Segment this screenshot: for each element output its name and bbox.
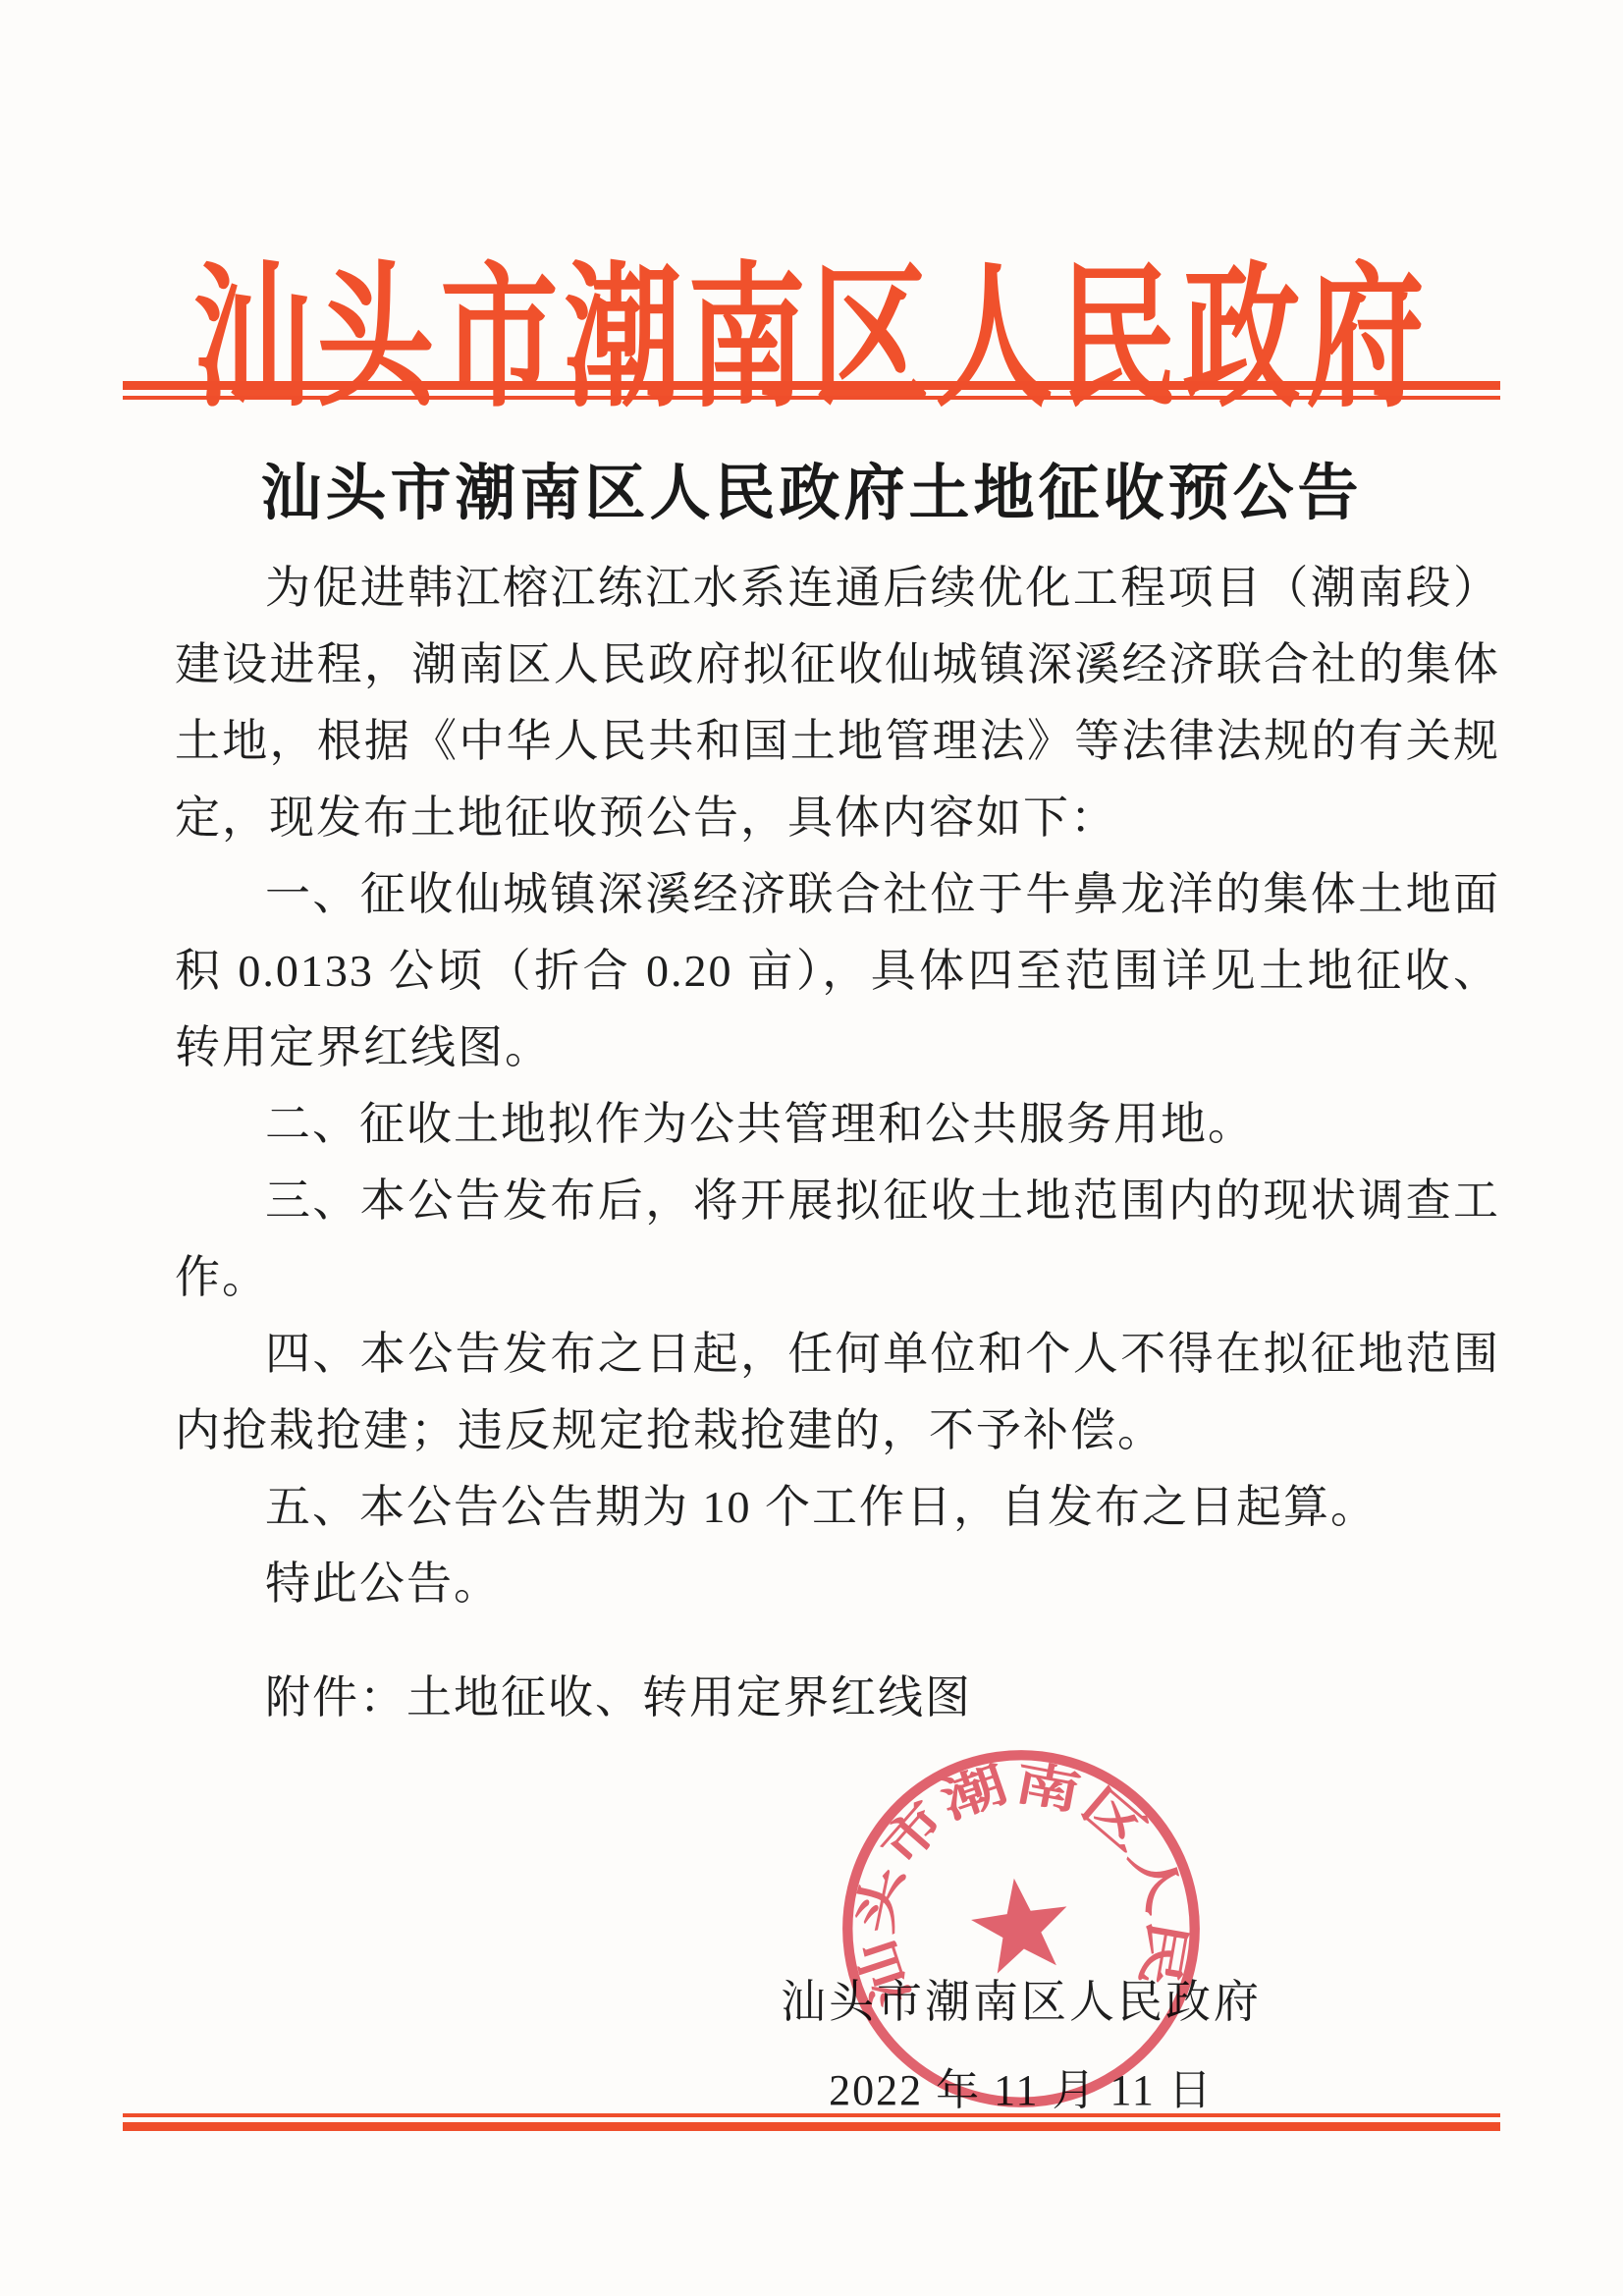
paragraph-item-4: 四、本公告发布之日起，任何单位和个人不得在拟征地范围内抢栽抢建；违反规定抢栽抢建…: [175, 1316, 1500, 1469]
rule-thick-line: [123, 2122, 1500, 2131]
rule-thin-line: [123, 396, 1500, 400]
document-title: 汕头市潮南区人民政府土地征收预公告: [0, 444, 1623, 531]
rule-thick-line: [123, 381, 1500, 390]
paragraph-item-5: 五、本公告公告期为 10 个工作日，自发布之日起算。: [175, 1469, 1500, 1546]
rule-thin-line: [123, 2113, 1500, 2117]
footer-double-rule: [123, 2113, 1500, 2131]
seal-text: 汕头市潮南区人民政府: [813, 1721, 1205, 2043]
attachment-line: 附件：土地征收、转用定界红线图: [175, 1660, 1500, 1736]
paragraph-item-1: 一、征收仙城镇深溪经济联合社位于牛鼻龙洋的集体土地面积 0.0133 公顷（折合…: [175, 856, 1500, 1086]
paragraph-item-2: 二、征收土地拟作为公共管理和公共服务用地。: [175, 1086, 1500, 1163]
seal-star-icon: [966, 1872, 1074, 1976]
announcement-page: 汕头市潮南区人民政府 汕头市潮南区人民政府土地征收预公告 为促进韩江榕江练江水系…: [0, 0, 1623, 2296]
paragraph-intro: 为促进韩江榕江练江水系连通后续优化工程项目（潮南段）建设进程，潮南区人民政府拟征…: [175, 550, 1500, 856]
official-seal-stamp: 汕头市潮南区人民政府: [813, 1721, 1230, 2138]
letterhead-title: 汕头市潮南区人民政府: [0, 214, 1623, 437]
announcement-body: 为促进韩江榕江练江水系连通后续优化工程项目（潮南段）建设进程，潮南区人民政府拟征…: [175, 550, 1500, 1736]
seal-text-arc: 汕头市潮南区人民政府: [813, 1721, 1205, 2043]
paragraph-item-3: 三、本公告发布后，将开展拟征收土地范围内的现状调查工作。: [175, 1163, 1500, 1316]
header-double-rule: [123, 381, 1500, 400]
paragraph-closing: 特此公告。: [175, 1546, 1500, 1622]
